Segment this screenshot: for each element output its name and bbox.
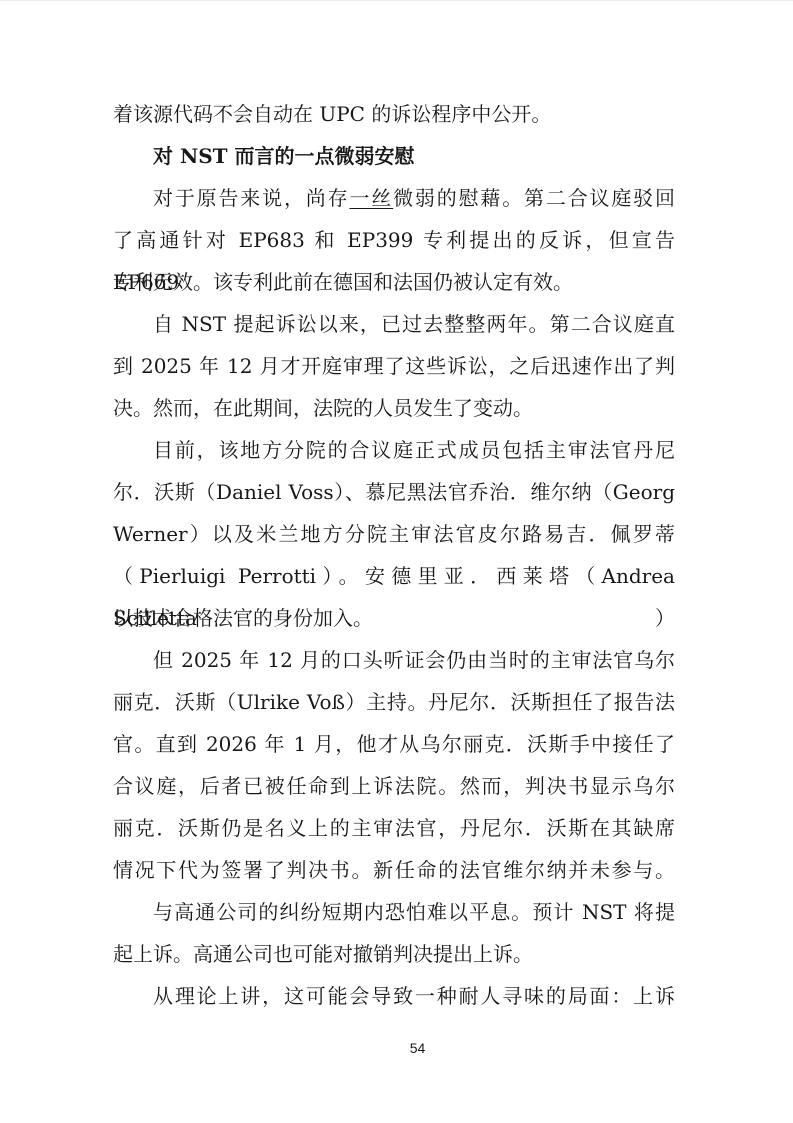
page-footer: 54 (0, 1040, 793, 1056)
document-page: 着该源代码不会自动在 UPC 的诉讼程序中公开。 对 NST 而言的一点微弱安慰… (0, 0, 793, 1123)
text-line: 对于原告来说，尚存一丝微弱的慰藉。第二合议庭驳回 (113, 177, 675, 219)
text-line: 尔．沃斯（Daniel Voss）、慕尼黑法官乔治．维尔纳（Georg (113, 471, 675, 513)
text-segment: 对于原告来说，尚存 (153, 186, 349, 210)
text-line: 了高通针对 EP683 和 EP399 专利提出的反诉，但宣告 EP669 (113, 219, 675, 261)
text-line: 情况下代为签署了判决书。新任命的法官维尔纳并未参与。 (113, 849, 675, 891)
text-segment: 微弱的慰藉。第二合议庭驳回 (393, 186, 675, 210)
text-line: Werner）以及米兰地方分院主审法官皮尔路易吉．佩罗蒂 (113, 513, 675, 555)
text-line: 从理论上讲，这可能会导致一种耐人寻味的局面：上诉 (113, 975, 675, 1017)
text-line: 但 2025 年 12 月的口头听证会仍由当时的主审法官乌尔 (113, 639, 675, 681)
text-line: 起上诉。高通公司也可能对撤销判决提出上诉。 (113, 933, 675, 975)
section-heading: 对 NST 而言的一点微弱安慰 (113, 135, 675, 177)
text-line: 目前，该地方分院的合议庭正式成员包括主审法官丹尼 (113, 429, 675, 471)
text-line: 合议庭，后者已被任命到上诉法院。然而，判决书显示乌尔 (113, 765, 675, 807)
text-line: 丽克．沃斯仍是名义上的主审法官，丹尼尔．沃斯在其缺席 (113, 807, 675, 849)
text-line: 丽克．沃斯（Ulrike Voß）主持。丹尼尔．沃斯担任了报告法 (113, 681, 675, 723)
text-line: 到 2025 年 12 月才开庭审理了这些诉讼，之后迅速作出了判 (113, 345, 675, 387)
text-line: 着该源代码不会自动在 UPC 的诉讼程序中公开。 (113, 93, 675, 135)
page-number: 54 (410, 1040, 426, 1056)
underlined-text: 一丝 (349, 186, 393, 210)
text-line: 决。然而，在此期间，法院的人员发生了变动。 (113, 387, 675, 429)
text-line: （Pierluigi Perrotti）。安德里亚．西莱塔（Andrea Sci… (113, 555, 675, 597)
text-line: 专利无效。该专利此前在德国和法国仍被认定有效。 (113, 261, 675, 303)
text-line: 官。直到 2026 年 1 月，他才从乌尔丽克．沃斯手中接任了 (113, 723, 675, 765)
text-line: 自 NST 提起诉讼以来，已过去整整两年。第二合议庭直 (113, 303, 675, 345)
text-line: 与高通公司的纠纷短期内恐怕难以平息。预计 NST 将提 (113, 891, 675, 933)
text-body: 着该源代码不会自动在 UPC 的诉讼程序中公开。 对 NST 而言的一点微弱安慰… (113, 93, 675, 1017)
